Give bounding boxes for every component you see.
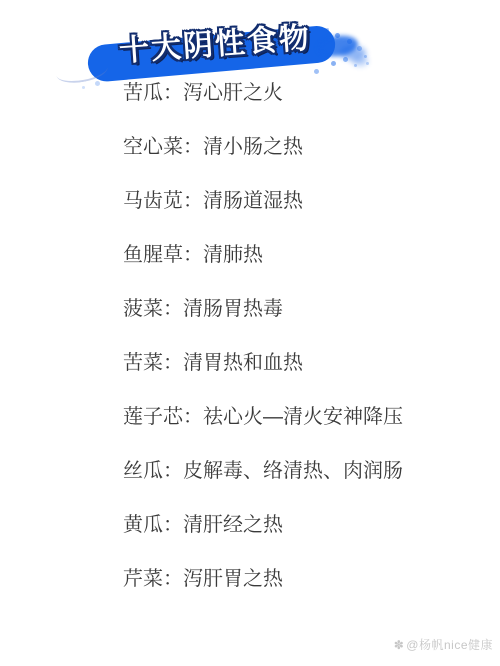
food-name: 马齿苋 bbox=[123, 190, 183, 212]
food-desc: 清肝经之热 bbox=[183, 514, 283, 536]
colon-separator: ： bbox=[163, 82, 183, 104]
food-name: 芹菜 bbox=[123, 568, 163, 590]
food-desc: 泻心肝之火 bbox=[183, 82, 283, 104]
food-desc: 皮解毒、络清热、肉润肠 bbox=[183, 460, 403, 482]
list-item: 黄瓜：清肝经之热 bbox=[123, 515, 403, 535]
food-desc: 清肠胃热毒 bbox=[183, 298, 283, 320]
watermark-text: @杨帆nice健康 bbox=[406, 636, 493, 653]
list-item: 空心菜：清小肠之热 bbox=[123, 137, 403, 157]
food-name: 丝瓜 bbox=[123, 460, 163, 482]
colon-separator: ： bbox=[183, 406, 203, 428]
colon-separator: ： bbox=[163, 352, 183, 374]
colon-separator: ： bbox=[163, 298, 183, 320]
food-desc: 祛心火—清火安神降压 bbox=[203, 406, 403, 428]
food-desc: 清小肠之热 bbox=[203, 136, 303, 158]
list-item: 菠菜：清肠胃热毒 bbox=[123, 299, 403, 319]
food-desc: 清胃热和血热 bbox=[183, 352, 303, 374]
food-name: 苦菜 bbox=[123, 352, 163, 374]
list-item: 苦瓜：泻心肝之火 bbox=[123, 83, 403, 103]
food-desc: 清肺热 bbox=[203, 244, 263, 266]
food-name: 空心菜 bbox=[123, 136, 183, 158]
list-item: 马齿苋：清肠道湿热 bbox=[123, 191, 403, 211]
colon-separator: ： bbox=[163, 568, 183, 590]
colon-separator: ： bbox=[183, 244, 203, 266]
watermark-logo-icon: ✽ bbox=[394, 639, 405, 651]
brush-spray bbox=[352, 56, 368, 66]
food-name: 黄瓜 bbox=[123, 514, 163, 536]
infographic-page: 十大阴性食物 苦瓜：泻心肝之火 空心菜：清小肠之热 马齿苋：清肠道湿热 鱼腥草：… bbox=[0, 0, 500, 666]
list-item: 莲子芯：祛心火—清火安神降压 bbox=[123, 407, 403, 427]
brush-wisp bbox=[54, 56, 109, 87]
colon-separator: ： bbox=[163, 514, 183, 536]
food-desc: 清肠道湿热 bbox=[203, 190, 303, 212]
colon-separator: ： bbox=[183, 190, 203, 212]
food-name: 苦瓜 bbox=[123, 82, 163, 104]
food-desc: 泻肝胃之热 bbox=[183, 568, 283, 590]
list-item: 丝瓜：皮解毒、络清热、肉润肠 bbox=[123, 461, 403, 481]
food-name: 菠菜 bbox=[123, 298, 163, 320]
food-name: 莲子芯 bbox=[123, 406, 183, 428]
brush-speckles bbox=[0, 0, 3, 3]
food-list: 苦瓜：泻心肝之火 空心菜：清小肠之热 马齿苋：清肠道湿热 鱼腥草：清肺热 菠菜：… bbox=[123, 83, 403, 623]
list-item: 鱼腥草：清肺热 bbox=[123, 245, 403, 265]
colon-separator: ： bbox=[163, 460, 183, 482]
watermark: ✽ @杨帆nice健康 bbox=[394, 636, 493, 653]
colon-separator: ： bbox=[183, 136, 203, 158]
food-name: 鱼腥草 bbox=[123, 244, 183, 266]
list-item: 苦菜：清胃热和血热 bbox=[123, 353, 403, 373]
list-item: 芹菜：泻肝胃之热 bbox=[123, 569, 403, 589]
